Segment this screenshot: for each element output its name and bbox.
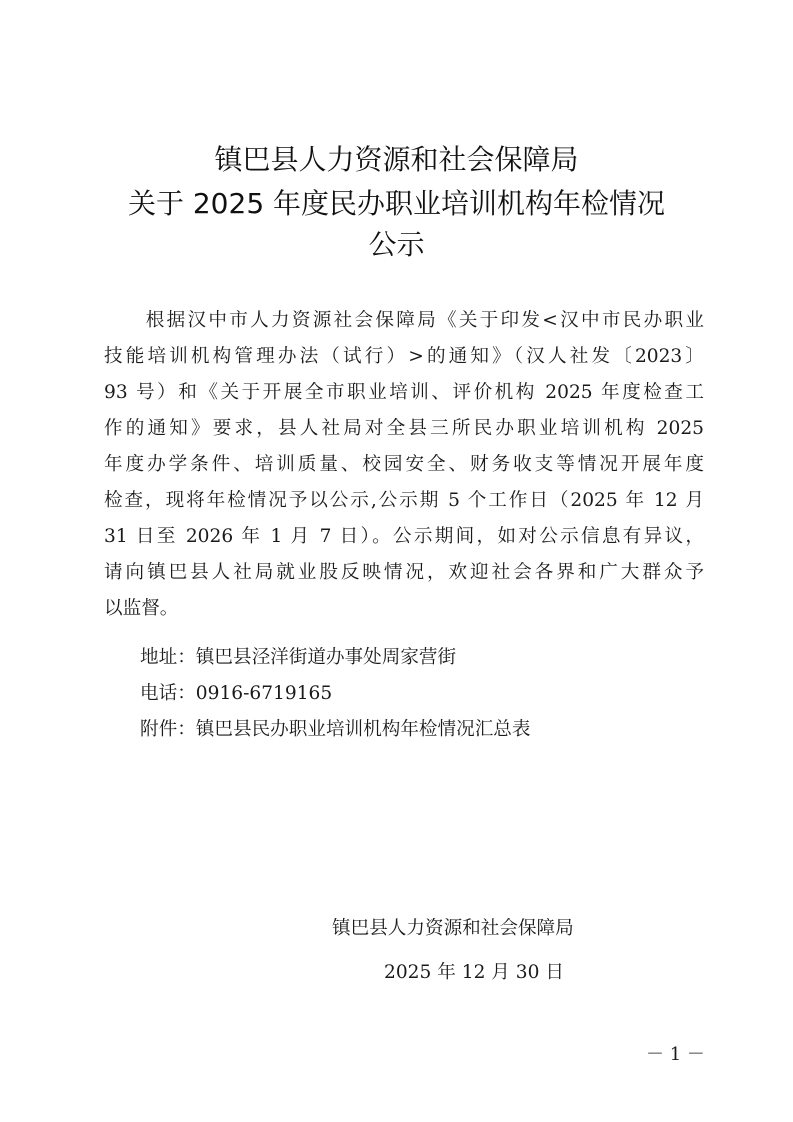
title-line-1: 镇巴县人力资源和社会保障局 <box>0 140 793 180</box>
title-line-2: 关于 2025 年度民办职业培训机构年检情况 <box>0 184 793 224</box>
attachment-line: 附件：镇巴县民办职业培训机构年检情况汇总表 <box>140 712 530 748</box>
body-line: 技能培训机构管理办法（试行）>的通知》（汉人社发〔2023〕 <box>104 339 704 375</box>
body-line: 以监督。 <box>104 591 704 627</box>
body-paragraph: 根据汉中市人力资源社会保障局《关于印发<汉中市民办职业 技能培训机构管理办法（试… <box>104 303 704 627</box>
phone-line: 电话：0916-6719165 <box>140 676 332 712</box>
title-line-3: 公示 <box>0 225 793 265</box>
signature-date: 2025 年 12 月 30 日 <box>384 958 564 984</box>
body-line: 31 日至 2026 年 1 月 7 日）。公示期间，如对公示信息有异议， <box>104 519 704 555</box>
body-line: 根据汉中市人力资源社会保障局《关于印发<汉中市民办职业 <box>104 303 704 339</box>
body-line: 作的通知》要求，县人社局对全县三所民办职业培训机构 2025 <box>104 411 704 447</box>
page-number: － 1 － <box>646 1040 705 1066</box>
address-line: 地址：镇巴县泾洋街道办事处周家营街 <box>140 640 456 676</box>
body-line: 检查，现将年检情况予以公示,公示期 5 个工作日（2025 年 12 月 <box>104 483 704 519</box>
body-line: 93 号）和《关于开展全市职业培训、评价机构 2025 年度检查工 <box>104 375 704 411</box>
body-line: 年度办学条件、培训质量、校园安全、财务收支等情况开展年度 <box>104 447 704 483</box>
signature-organization: 镇巴县人力资源和社会保障局 <box>332 914 574 940</box>
body-line: 请向镇巴县人社局就业股反映情况，欢迎社会各界和广大群众予 <box>104 555 704 591</box>
